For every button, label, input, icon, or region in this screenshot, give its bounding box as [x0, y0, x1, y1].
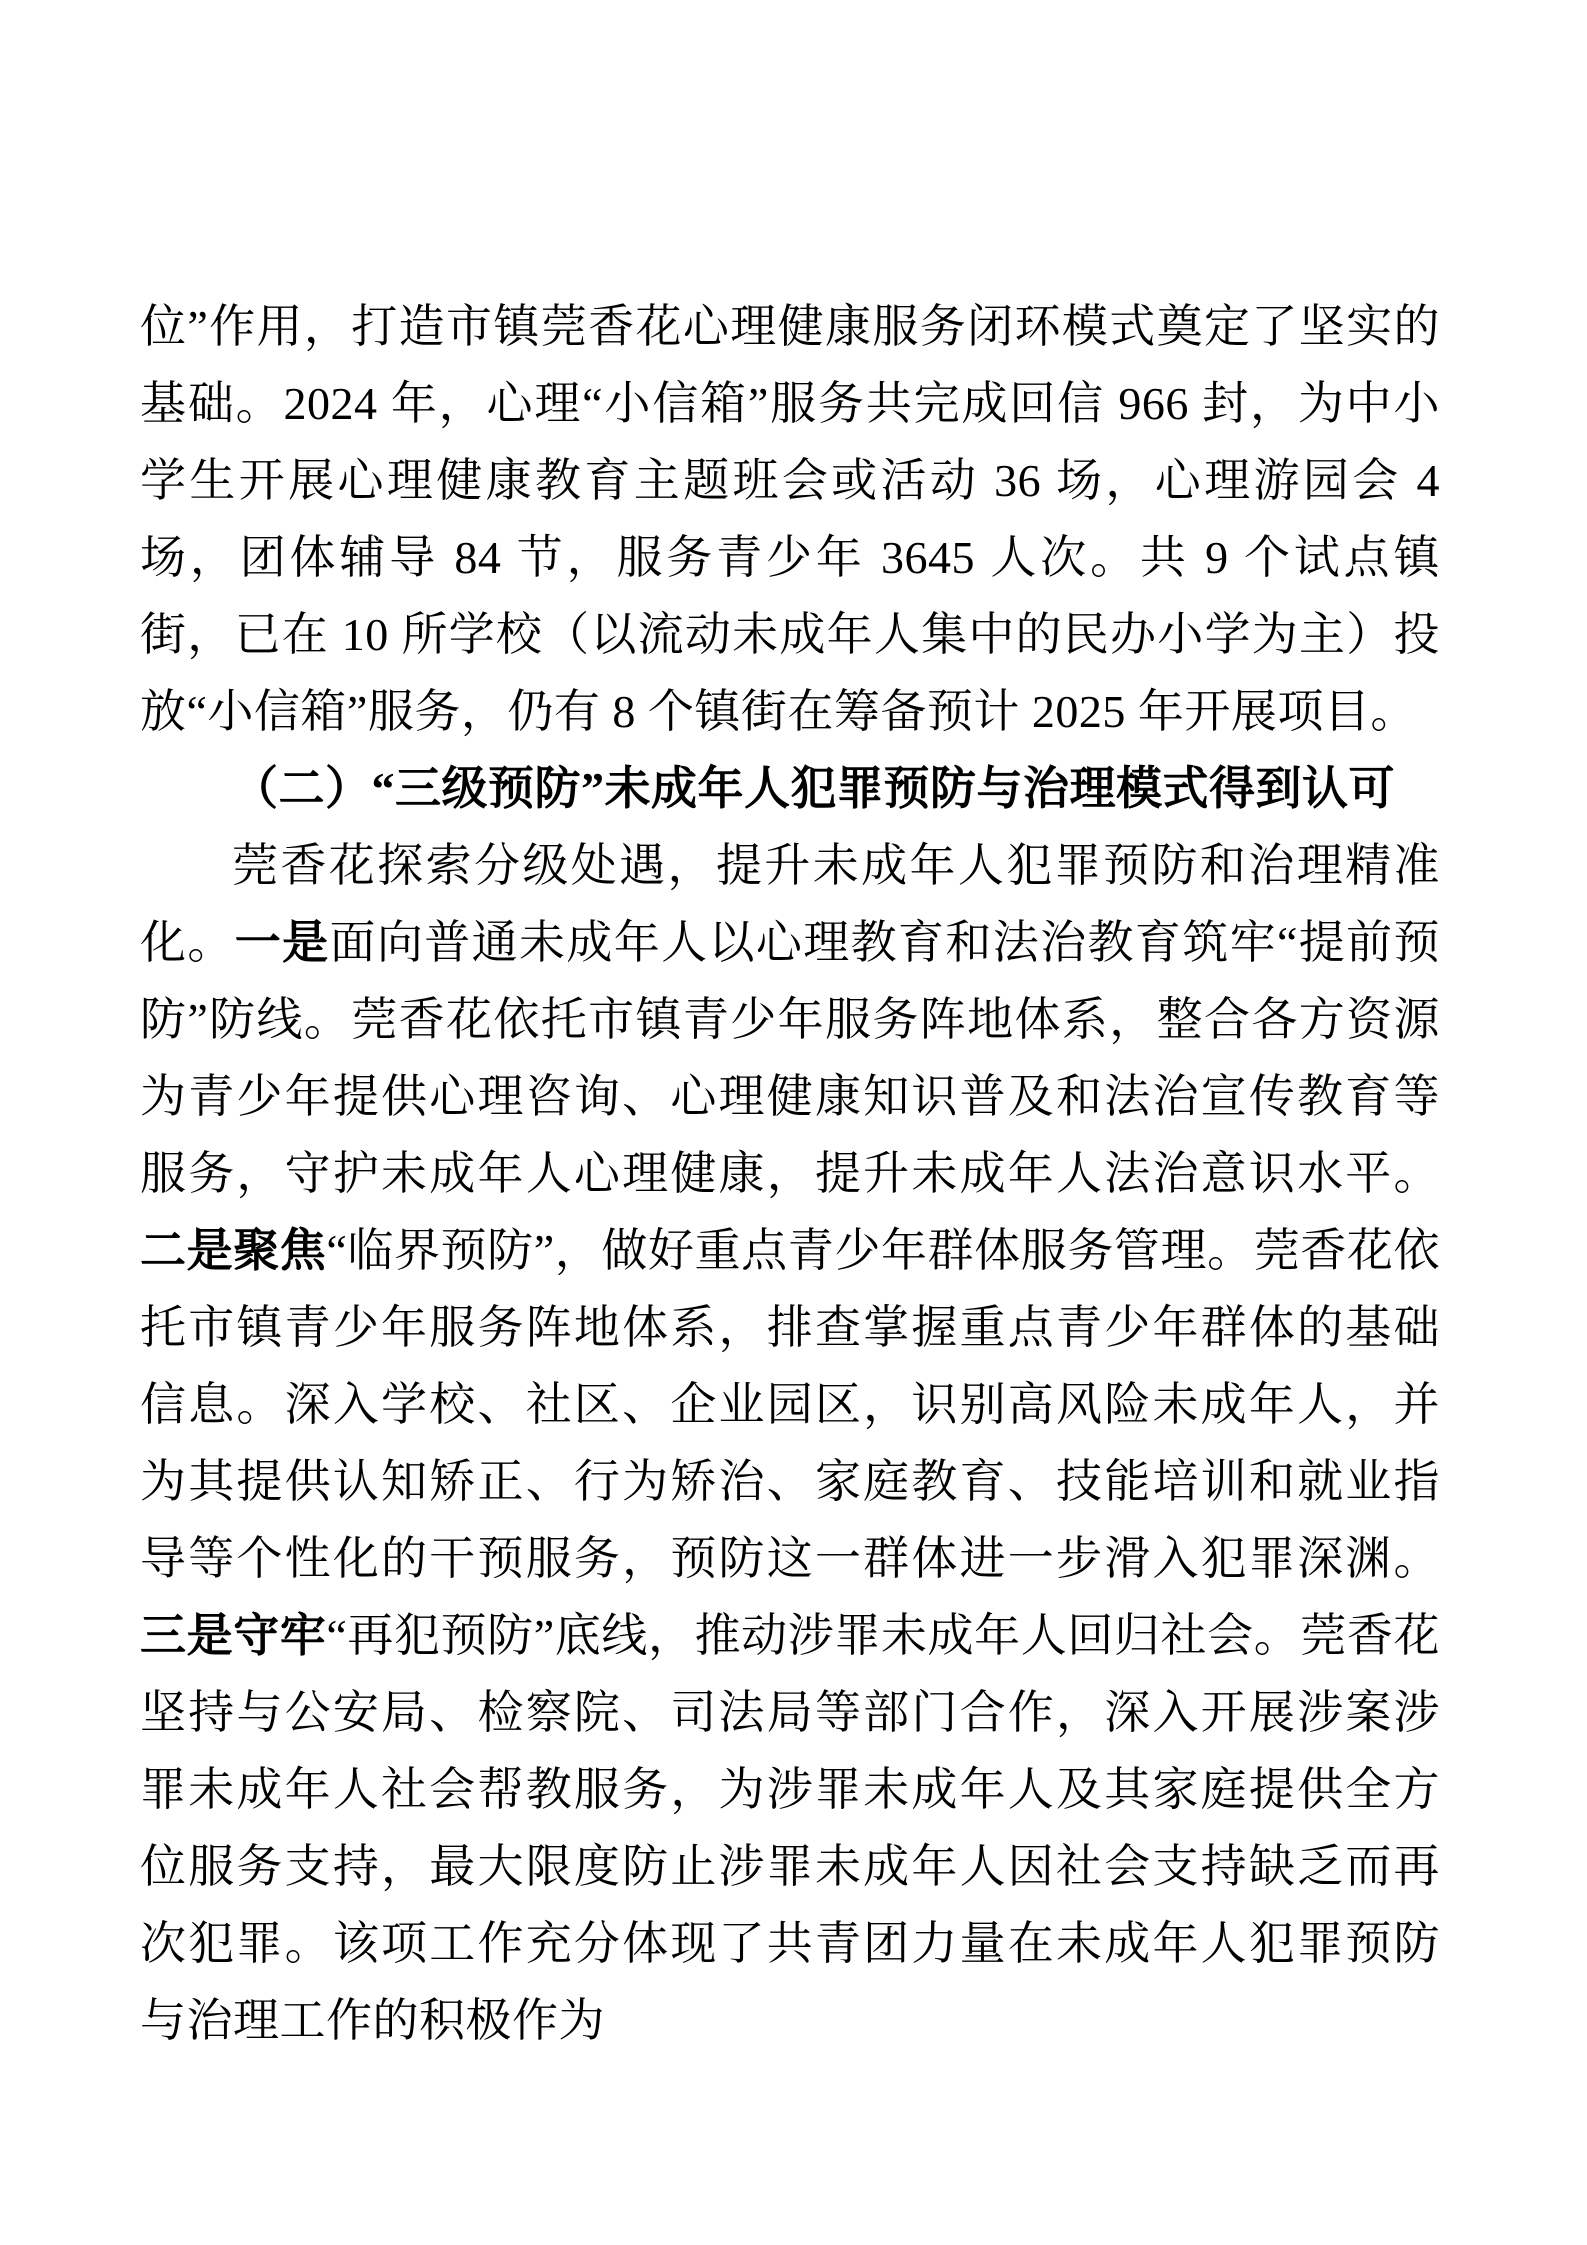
text-run: “临界预防”，做好重点青少年群体服务管理。莞香花依托市镇青少年服务阵地体系，排查… — [140, 1225, 1440, 1584]
bold-text-run: 三是守牢 — [140, 1610, 326, 1661]
text-run: 面向普通未成年人以心理教育和法治教育筑牢“提前预防”防线。莞香花依托市镇青少年服… — [140, 917, 1440, 1199]
bold-text-run: 一是 — [235, 917, 330, 968]
document-body: 位”作用，打造市镇莞香花心理健康服务闭环模式奠定了坚实的基础。2024 年，心理… — [140, 288, 1440, 2059]
document-page: 位”作用，打造市镇莞香花心理健康服务闭环模式奠定了坚实的基础。2024 年，心理… — [0, 0, 1587, 2245]
text-run: “再犯预防”底线，推动涉罪未成年人回归社会。莞香花坚持与公安局、检察院、司法局等… — [140, 1610, 1440, 2046]
section-heading: （二）“三级预防”未成年人犯罪预防与治理模式得到认可 — [140, 750, 1440, 827]
text-run: 位”作用，打造市镇莞香花心理健康服务闭环模式奠定了坚实的基础。2024 年，心理… — [140, 301, 1440, 737]
bold-text-run: 二是聚焦 — [140, 1225, 326, 1276]
paragraph-body: 莞香花探索分级处遇，提升未成年人犯罪预防和治理精准化。一是面向普通未成年人以心理… — [140, 827, 1440, 2059]
bold-text-run: （二）“三级预防”未成年人犯罪预防与治理模式得到认可 — [232, 763, 1395, 814]
paragraph-continuation: 位”作用，打造市镇莞香花心理健康服务闭环模式奠定了坚实的基础。2024 年，心理… — [140, 288, 1440, 750]
